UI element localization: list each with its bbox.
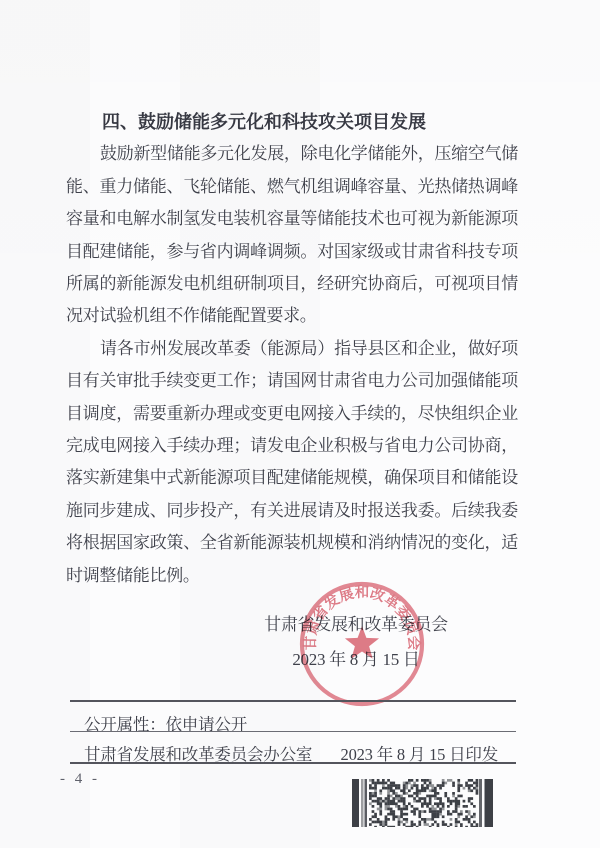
footer-divider bbox=[70, 700, 516, 702]
footer-divider bbox=[70, 731, 516, 732]
section-heading: 四、鼓励储能多元化和科技攻关项目发展 bbox=[66, 106, 518, 138]
footer-divider bbox=[70, 762, 516, 764]
body-paragraph: 请各市州发展改革委（能源局）指导县区和企业，做好项目有关审批手续变更工作；请国网… bbox=[66, 333, 518, 592]
body-paragraph: 鼓励新型储能多元化发展，除电化学储能外，压缩空气储能、重力储能、飞轮储能、燃气机… bbox=[66, 138, 518, 332]
document-body: 四、鼓励储能多元化和科技攻关项目发展 鼓励新型储能多元化发展，除电化学储能外，压… bbox=[66, 106, 518, 592]
signature-date: 2023 年 8 月 15 日 bbox=[246, 642, 466, 677]
signature-block: 甘肃省发展和改革委员会 2023 年 8 月 15 日 bbox=[246, 607, 466, 677]
barcode bbox=[352, 779, 493, 827]
scanned-document-page: 四、鼓励储能多元化和科技攻关项目发展 鼓励新型储能多元化发展，除电化学储能外，压… bbox=[0, 0, 600, 848]
signature-org: 甘肃省发展和改革委员会 bbox=[246, 607, 466, 642]
page-number: - 4 - bbox=[60, 771, 100, 788]
